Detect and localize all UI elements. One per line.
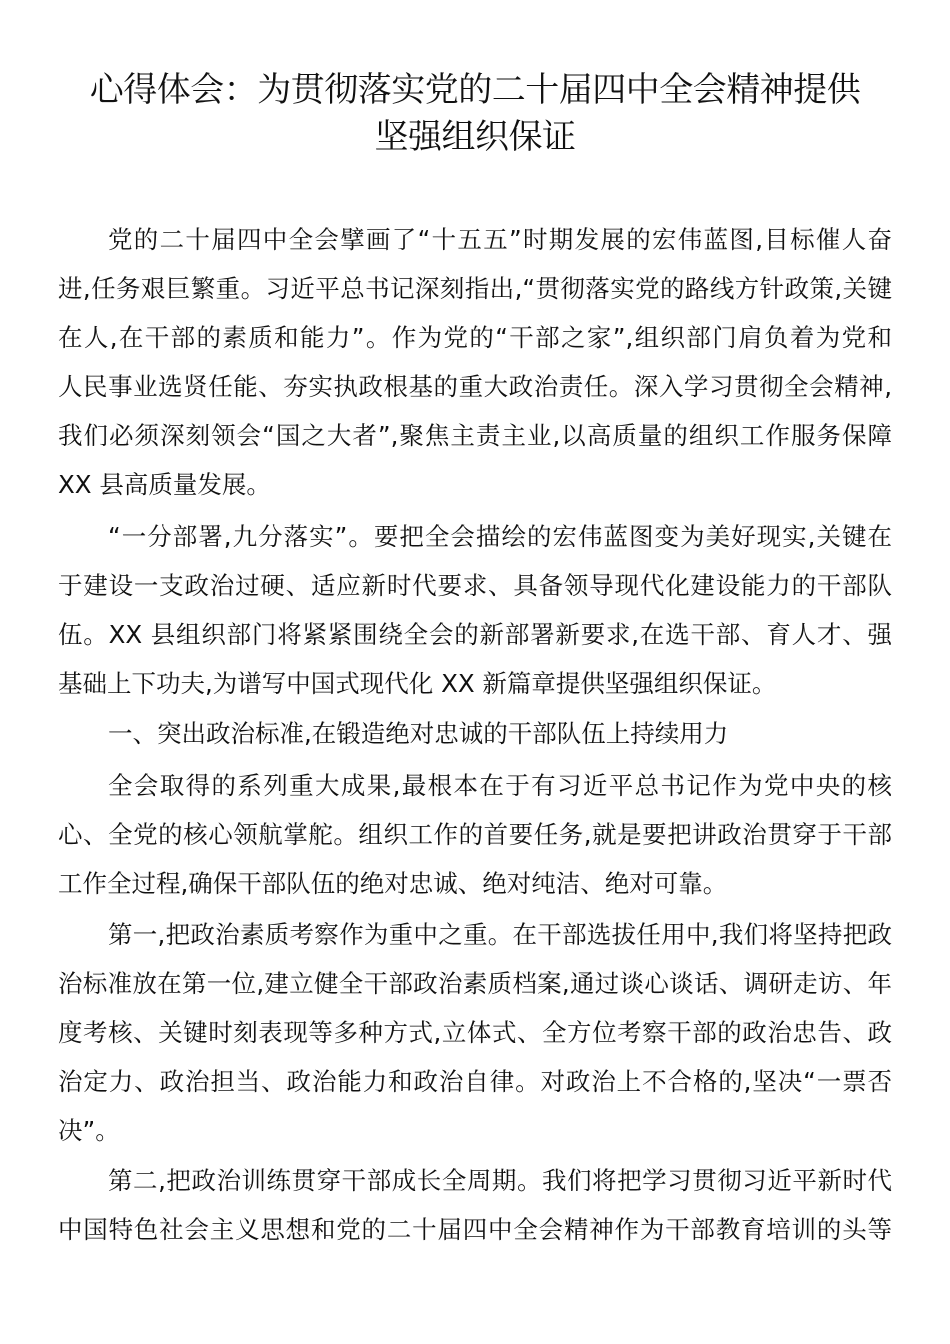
paragraph-4-line-2: 治标准放在第一位,建立健全干部政治素质档案,通过谈心谈话、调研走访、年	[58, 969, 892, 999]
paragraph-2-line-2: 于建设一支政治过硬、适应新时代要求、具备领导现代化建设能力的干部队	[58, 571, 892, 601]
document-title-line-1: 心得体会：为贯彻落实党的二十届四中全会精神提供	[40, 70, 910, 110]
paragraph-2-line-1: “一分部署,九分落实”。要把全会描绘的宏伟蓝图变为美好现实,关键在	[108, 522, 892, 552]
paragraph-5-line-1: 第二,把政治训练贯穿干部成长全周期。我们将把学习贯彻习近平新时代	[108, 1166, 892, 1196]
paragraph-1-line-2: 进,任务艰巨繁重。习近平总书记深刻指出,“贯彻落实党的路线方针政策,关键	[58, 274, 892, 304]
paragraph-3-line-3: 工作全过程,确保干部队伍的绝对忠诚、绝对纯洁、绝对可靠。	[58, 869, 892, 899]
paragraph-4-line-1: 第一,把政治素质考察作为重中之重。在干部选拔任用中,我们将坚持把政	[108, 920, 892, 950]
paragraph-1-line-1: 党的二十届四中全会擘画了“十五五”时期发展的宏伟蓝图,目标催人奋	[108, 225, 892, 255]
section-heading-1: 一、突出政治标准,在锻造绝对忠诚的干部队伍上持续用力	[108, 719, 892, 749]
paragraph-2-line-3: 伍。XX 县组织部门将紧紧围绕全会的新部署新要求,在选干部、育人才、强	[58, 620, 892, 650]
paragraph-3-line-1: 全会取得的系列重大成果,最根本在于有习近平总书记作为党中央的核	[108, 771, 892, 801]
paragraph-1-line-4: 人民事业选贤任能、夯实执政根基的重大政治责任。深入学习贯彻全会精神,	[58, 372, 892, 402]
paragraph-1-line-3: 在人,在干部的素质和能力”。作为党的“干部之家”,组织部门肩负着为党和	[58, 323, 892, 353]
paragraph-1-line-6: XX 县高质量发展。	[58, 470, 892, 500]
paragraph-4-line-3: 度考核、关键时刻表现等多种方式,立体式、全方位考察干部的政治忠告、政	[58, 1018, 892, 1048]
paragraph-4-line-4: 治定力、政治担当、政治能力和政治自律。对政治上不合格的,坚决“一票否	[58, 1067, 892, 1097]
document-title-line-2: 坚强组织保证	[40, 117, 910, 157]
paragraph-4-line-5: 决”。	[58, 1116, 892, 1146]
paragraph-5-line-2: 中国特色社会主义思想和党的二十届四中全会精神作为干部教育培训的头等	[58, 1215, 892, 1245]
document-page: 心得体会：为贯彻落实党的二十届四中全会精神提供 坚强组织保证 党的二十届四中全会…	[0, 0, 950, 1344]
paragraph-1-line-5: 我们必须深刻领会“国之大者”,聚焦主责主业,以高质量的组织工作服务保障	[58, 421, 892, 451]
paragraph-3-line-2: 心、全党的核心领航掌舵。组织工作的首要任务,就是要把讲政治贯穿于干部	[58, 820, 892, 850]
paragraph-2-line-4: 基础上下功夫,为谱写中国式现代化 XX 新篇章提供坚强组织保证。	[58, 669, 892, 699]
